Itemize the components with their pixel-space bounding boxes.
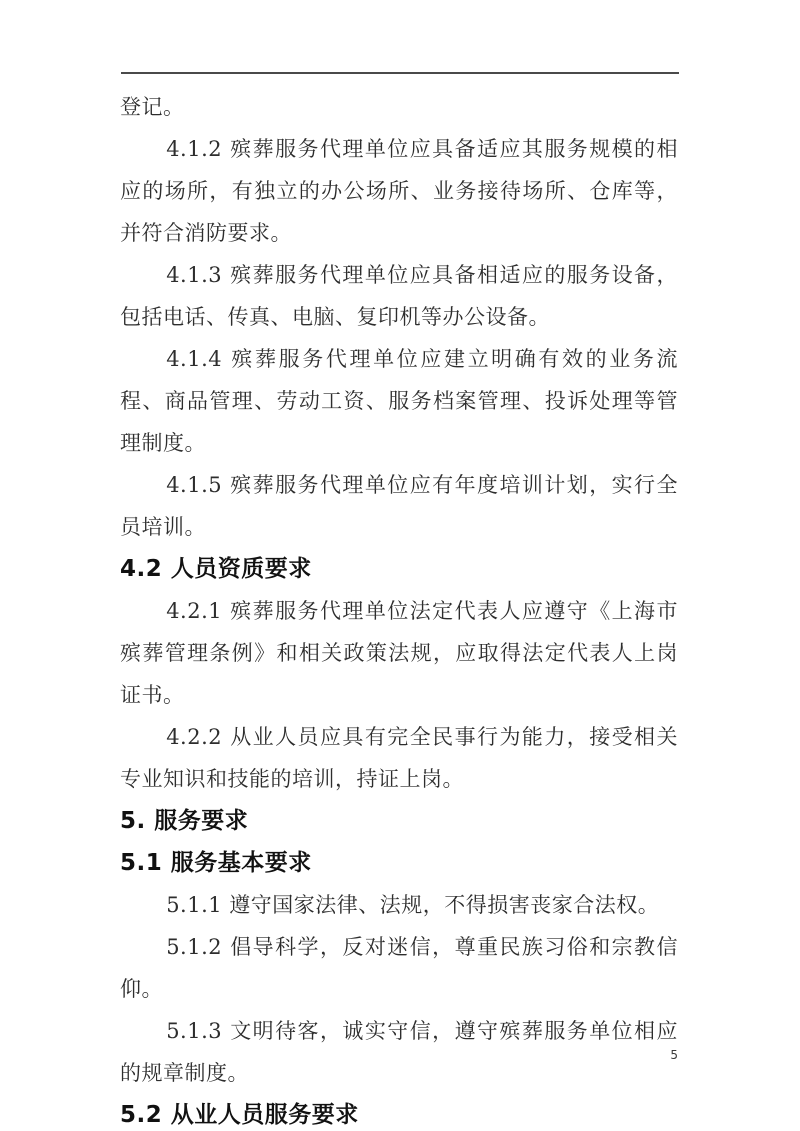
- header-rule: [121, 72, 679, 74]
- document-page: 登记。4.1.2 殡葬服务代理单位应具备适应其服务规模的相应的场所，有独立的办公…: [0, 0, 800, 1131]
- body-paragraph: 5.1.2 倡导科学，反对迷信，尊重民族习俗和宗教信仰。: [120, 926, 678, 1010]
- body-paragraph: 4.2.2 从业人员应具有完全民事行为能力，接受相关专业知识和技能的培训，持证上…: [120, 716, 678, 800]
- page-footer: 5: [120, 1044, 678, 1064]
- section-heading: 4.2 人员资质要求: [120, 548, 678, 590]
- body-paragraph: 4.1.5 殡葬服务代理单位应有年度培训计划，实行全员培训。: [120, 464, 678, 548]
- document-body: 登记。4.1.2 殡葬服务代理单位应具备适应其服务规模的相应的场所，有独立的办公…: [120, 86, 678, 1131]
- body-paragraph: 4.1.4 殡葬服务代理单位应建立明确有效的业务流程、商品管理、劳动工资、服务档…: [120, 338, 678, 464]
- body-paragraph: 4.2.1 殡葬服务代理单位法定代表人应遵守《上海市殡葬管理条例》和相关政策法规…: [120, 590, 678, 716]
- body-paragraph: 登记。: [120, 86, 678, 128]
- page-number: 5: [670, 1048, 678, 1062]
- section-heading: 5.1 服务基本要求: [120, 842, 678, 884]
- body-paragraph: 4.1.3 殡葬服务代理单位应具备相适应的服务设备，包括电话、传真、电脑、复印机…: [120, 254, 678, 338]
- section-heading: 5.2 从业人员服务要求: [120, 1094, 678, 1131]
- body-paragraph: 5.1.1 遵守国家法律、法规，不得损害丧家合法权。: [120, 884, 678, 926]
- body-paragraph: 4.1.2 殡葬服务代理单位应具备适应其服务规模的相应的场所，有独立的办公场所、…: [120, 128, 678, 254]
- section-heading: 5. 服务要求: [120, 800, 678, 842]
